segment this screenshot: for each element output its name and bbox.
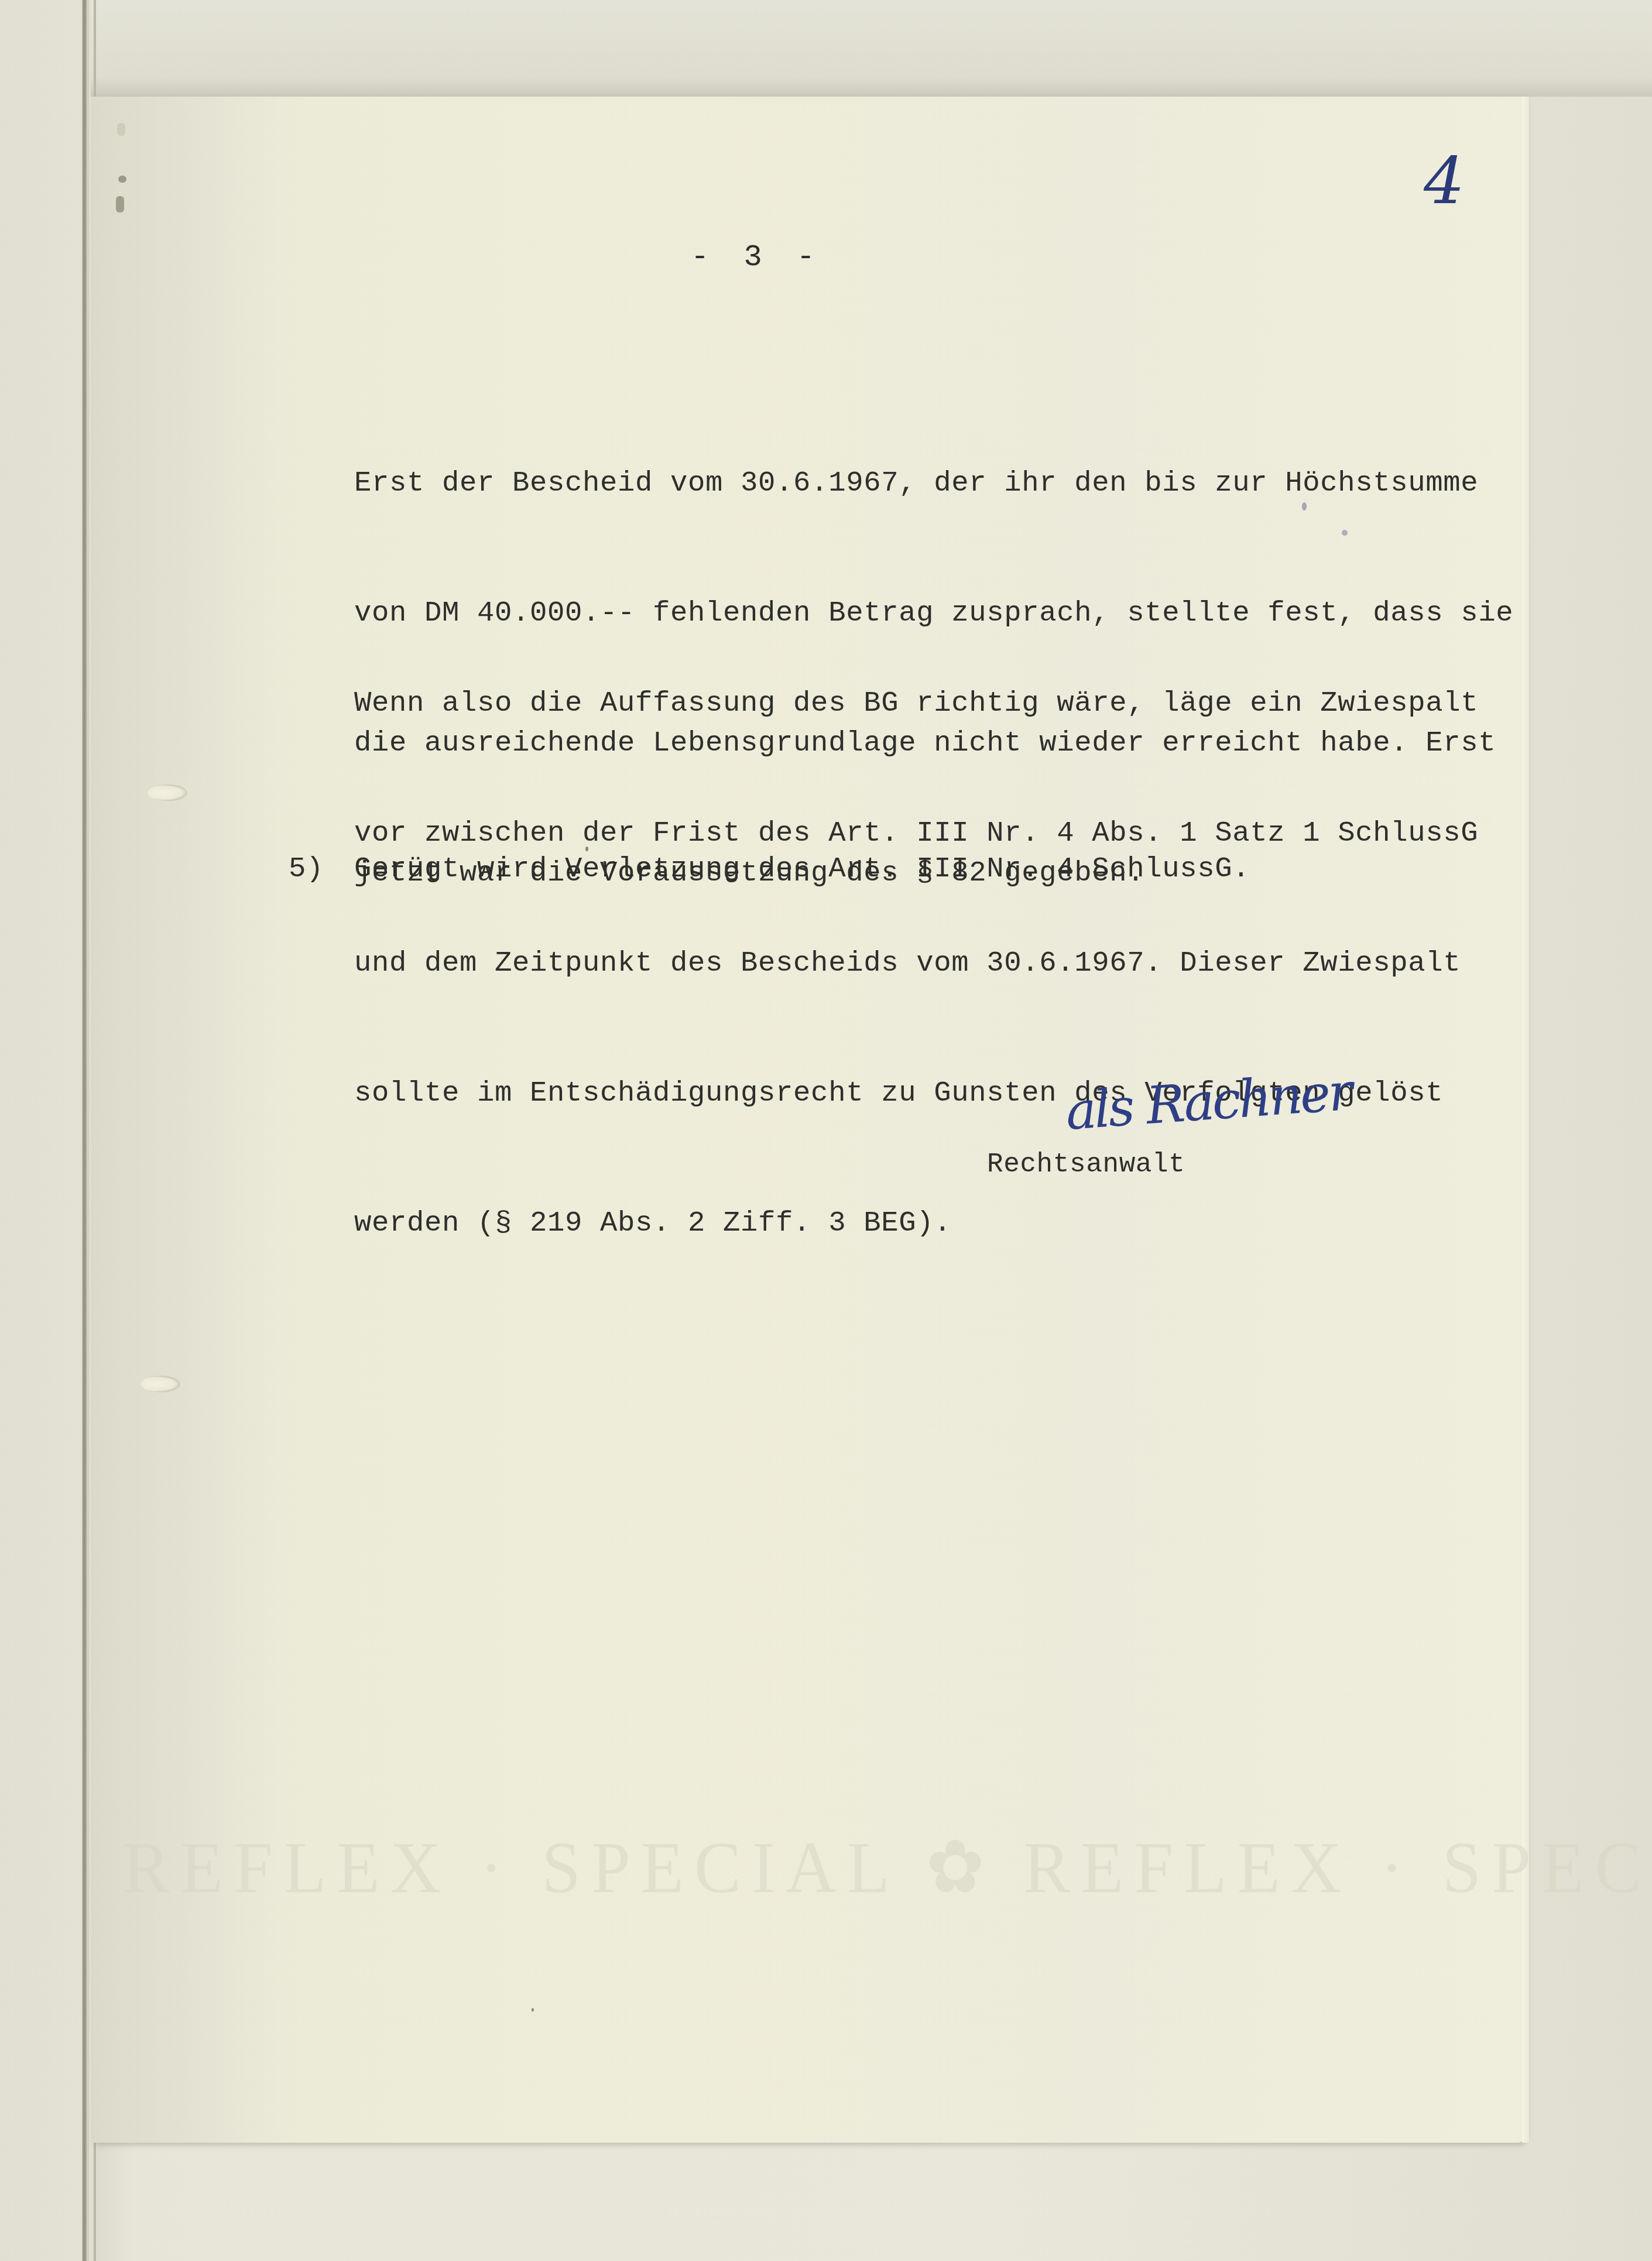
ink-speck: [532, 2008, 534, 2012]
text-line: werden (§ 219 Abs. 2 Ziff. 3 BEG).: [354, 1201, 1478, 1245]
handwritten-folio-number: 4: [1424, 143, 1465, 218]
paper-watermark: REFLEX · SPECIAL ✿ REFLEX · SPECIAL: [123, 1825, 1528, 1910]
page-number: - 3 -: [691, 240, 823, 275]
text-line: Erst der Bescheid vom 30.6.1967, der ihr…: [354, 461, 1513, 505]
staple-mark: [116, 196, 124, 213]
ink-speck: [1342, 530, 1348, 536]
signature-title: Rechtsanwalt: [987, 1149, 1185, 1180]
text-line: Wenn also die Auffassung des BG richtig …: [354, 681, 1478, 725]
ink-speck: [1302, 502, 1307, 511]
paragraph-2: Wenn also die Auffassung des BG richtig …: [354, 595, 1478, 1288]
numbered-item-5: 5)Gerügt wird Verletzung des Art. III Nr…: [289, 852, 1250, 885]
folder-top-band: [91, 0, 1652, 97]
text-line: und dem Zeitpunkt des Bescheids vom 30.6…: [354, 941, 1478, 985]
item-text: Gerügt wird Verletzung des Art. III Nr. …: [354, 852, 1250, 885]
ink-speck: [585, 847, 588, 851]
staple-mark: [118, 176, 126, 183]
punch-hole: [140, 1376, 180, 1392]
staple-mark: [117, 123, 125, 136]
item-number: 5): [289, 852, 354, 885]
binder-edge: [82, 0, 89, 2261]
text-line: vor zwischen der Frist des Art. III Nr. …: [354, 811, 1478, 855]
punch-hole: [148, 785, 187, 801]
